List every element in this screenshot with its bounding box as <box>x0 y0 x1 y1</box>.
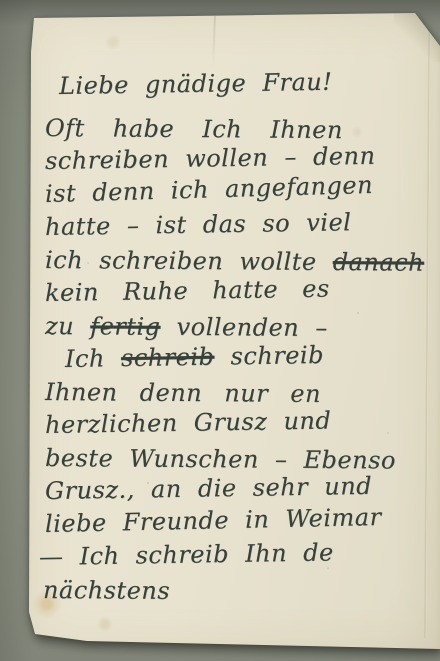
handwriting-line: nächstens <box>43 578 432 606</box>
word-run: Ihnen denn nur en <box>45 378 321 408</box>
word-run: ich schreiben wollte <box>45 246 333 276</box>
letter-paper-wrap: Liebe gnädige Frau!Oft habe Ich Ihnensch… <box>27 12 440 652</box>
handwriting-line: Liebe gnädige Frau! <box>59 68 432 99</box>
paper-stain <box>27 12 29 14</box>
handwriting-line: liebe Freunde in Weimar <box>45 504 432 537</box>
handwriting-line: herzlichen Grusz und <box>45 407 432 438</box>
fold-crease-top <box>212 16 216 68</box>
word-run: — Ich schreib Ihn de <box>39 538 334 571</box>
handwriting-line: Oft habe Ich Ihnen <box>45 116 432 144</box>
word-run: vollenden – <box>160 313 328 342</box>
handwriting-line: ist denn ich angefangen <box>45 171 433 207</box>
word-run: ist denn ich angefangen <box>45 171 374 208</box>
word-run: beste Wunschen – Ebenso <box>45 444 396 474</box>
word-run: liebe Freunde in Weimar <box>45 503 382 538</box>
handwriting-line: Grusz., an die sehr und <box>45 473 432 504</box>
handwriting-line: beste Wunschen – Ebenso <box>45 446 432 474</box>
word-run: zu <box>45 312 90 340</box>
struck-word: danach <box>333 248 425 277</box>
corner-fold-shade <box>394 12 440 62</box>
word-run: nächstens <box>43 576 170 605</box>
word-run: schreib <box>214 341 324 371</box>
word-run: Liebe gnädige Frau! <box>59 68 333 100</box>
handwriting-line: kein Ruhe hatte es <box>45 275 432 306</box>
letter-body: Liebe gnädige Frau!Oft habe Ich Ihnensch… <box>45 74 432 611</box>
word-run: schreiben wollen – denn <box>45 142 376 175</box>
handwriting-line: schreiben wollen – denn <box>45 143 432 174</box>
struck-word: schreib <box>121 343 215 372</box>
word-run: Oft habe Ich Ihnen <box>45 114 343 144</box>
word-run: hatte – ist das so viel <box>45 208 352 241</box>
handwriting-line: ich schreiben wollte danach <box>45 248 432 276</box>
handwriting-line: — Ich schreib Ihn de <box>39 539 432 570</box>
handwriting-line: Ich schreib schreib <box>65 341 432 372</box>
word-run: kein Ruhe hatte es <box>45 275 330 307</box>
handwriting-line: zu fertig vollenden – <box>45 314 432 342</box>
handwriting-line: Ihnen denn nur en <box>45 380 432 408</box>
word-run: Ich <box>65 344 121 373</box>
handwriting-line: hatte – ist das so viel <box>45 209 432 240</box>
word-run: Grusz., an die sehr und <box>45 472 372 505</box>
photo-background: Liebe gnädige Frau!Oft habe Ich Ihnensch… <box>0 0 440 661</box>
letter-paper: Liebe gnädige Frau!Oft habe Ich Ihnensch… <box>27 12 440 652</box>
word-run: herzlichen Grusz und <box>45 407 332 439</box>
struck-word: fertig <box>90 312 160 340</box>
